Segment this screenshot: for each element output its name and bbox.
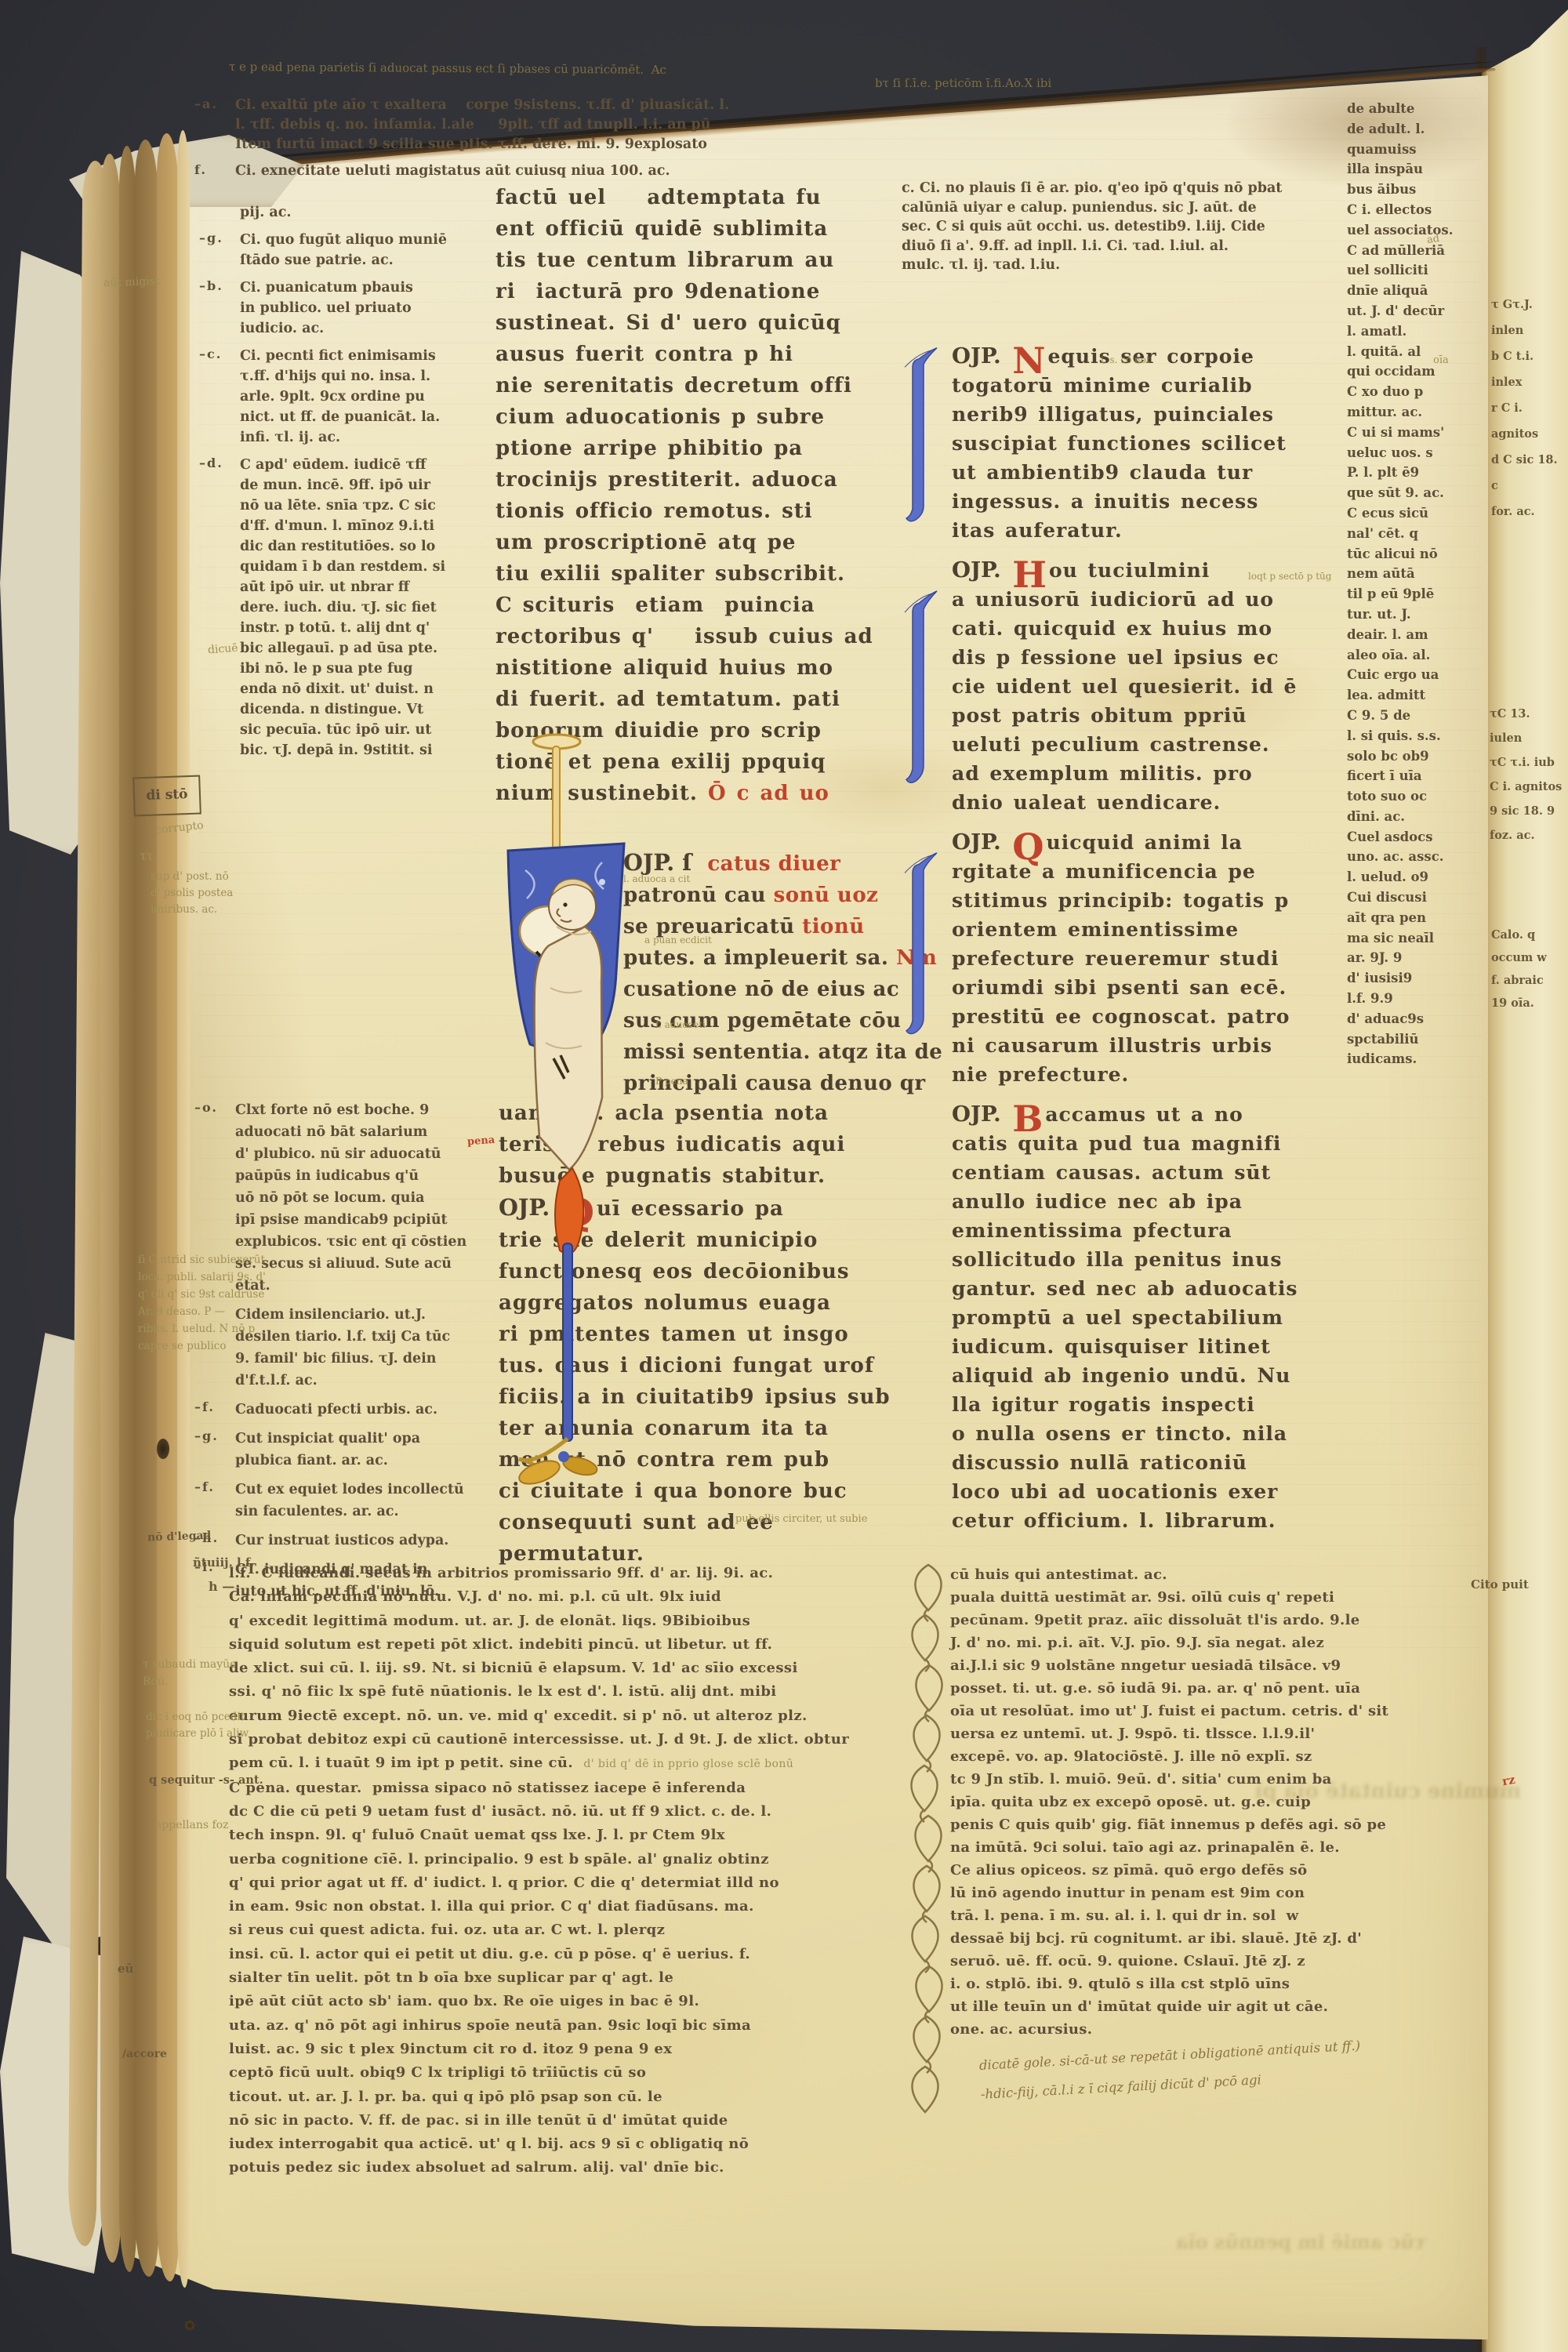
text-line: ibi nō. le p sua pte fug	[240, 659, 506, 679]
text-line: C ad mūlleriā	[1347, 241, 1488, 261]
text-line: dnio ualeat uendicare.	[952, 788, 1348, 817]
text-segment: principali causa denuo qr	[623, 1072, 926, 1095]
text-segment: d'ff. d'mun. l. mīnoz 9.i.ti	[240, 518, 434, 534]
text-segment: q' qui prior agat ut ff. d' iudict. l. q…	[229, 1875, 779, 1891]
text-segment: discussio nullā raticoniū	[952, 1451, 1247, 1474]
text-segment: in publico. uel priuato	[240, 300, 412, 316]
text-segment: J. d' no. mi. p.i. aīt. V.J. pīo. 9.J. s…	[950, 1635, 1324, 1651]
text-segment: patronū cau	[623, 884, 774, 907]
text-line: ut ille teuīn un d' imūtat quide uir agi…	[950, 1995, 1468, 2018]
text-segment: tech inspn. 9l. q' fuluō Cnaūt uemat qss…	[229, 1827, 725, 1843]
text-line: di fuerit. ad temtatum. pati	[495, 684, 828, 715]
text-line: C i. ellectos	[1347, 200, 1488, 220]
text-line: Cuic ergo ua	[1347, 665, 1488, 685]
text-line: ri iacturā pro 9denatione	[495, 276, 828, 307]
text-line: OJP. Hou tuciulmini	[952, 556, 1348, 585]
text-segment: Ci. quo fugūt aliquo muniē	[240, 232, 447, 248]
text-line: sin faculentes. ar. ac.	[235, 1501, 525, 1523]
text-line: solo bc ob9	[1347, 746, 1488, 767]
text-line: cium aduocationis p subre	[495, 401, 828, 433]
text-segment: sialter tīn uelit. pōt tn b oīa bxe supl…	[229, 1969, 673, 1986]
illuminated-initial-figure	[485, 729, 641, 1501]
index-entry: –d.C apd' eūdem. iudicē τffde mun. incē.…	[240, 455, 506, 760]
page-edge-strip	[100, 154, 121, 2263]
text-line: se preuaricatū tionū	[623, 911, 829, 942]
text-line: dicenda. n distingue. Vt	[240, 699, 506, 720]
text-line: promptū a uel spectabilium	[952, 1303, 1348, 1332]
text-line: til p eū 9plē	[1347, 584, 1488, 604]
text-line: nal' cēt. q	[1347, 524, 1488, 544]
index-entry: pij. ac.	[240, 202, 506, 223]
text-line: l. τff. debis q. no. infamia. l.ale 9plt…	[235, 115, 925, 135]
text-line: nō sic in pacto. V. ff. de pac. si in il…	[229, 2109, 907, 2132]
text-line: lea. admitt	[1347, 685, 1488, 706]
text-segment: dc C die cū peti 9 uetam fust d' iusāct.…	[229, 1803, 771, 1820]
text-line: de xlict. sui cū. l. iij. s9. Nt. si bic…	[229, 1657, 907, 1680]
marginal-gloss-right: de abultede adult. l.quamuissilla inspāu…	[1347, 99, 1488, 1069]
text-line: nict. ut ff. de puanicāt. la.	[240, 407, 506, 427]
text-segment: penis C quis quib' gig. fiāt innemus p d…	[950, 1817, 1386, 1833]
text-line: aūt ipō uir. ut nbrar ff	[240, 577, 506, 597]
text-line: insi. cū. l. actor qui ei petit ut diu. …	[229, 1943, 907, 1966]
text-segment: l. amatl.	[1347, 324, 1406, 339]
text-line: 9. famil' bic filius. τJ. dein	[235, 1348, 525, 1370]
text-segment: lea. admitt	[1347, 688, 1425, 702]
text-segment: sus cum pgemētate cōu	[623, 1009, 902, 1033]
text-line: de mun. incē. 9ff. ipō uir	[240, 475, 506, 495]
text-line: suscipiat functiones scilicet	[952, 429, 1348, 458]
text-line: ficert ī uīa	[1347, 766, 1488, 786]
text-segment: ficert ī uīa	[1347, 768, 1422, 783]
text-line: l.f. 9.9	[1347, 989, 1488, 1009]
text-line: spctabiliū	[1347, 1029, 1488, 1050]
text-line: aliquid ab ingenio undū. Nu	[952, 1361, 1348, 1390]
text-segment: eurum 9iectē except. nō. un. ve. mid q' …	[229, 1708, 808, 1724]
text-segment: cetur officium. l. librarum.	[952, 1509, 1276, 1532]
text-segment: ausus fuerit contra p hi	[495, 343, 793, 366]
text-line: aduocati nō bāt salarium	[235, 1121, 525, 1143]
text-line: iudicio. ac.	[240, 318, 506, 339]
text-line: Ci. puanicatum pbauis	[240, 278, 506, 298]
text-line: uersa ez untemī. ut. J. 9spō. ti. tlssce…	[950, 1722, 1468, 1745]
index-gloss-top: –a.Ci. exaltū pte aīo τ exaltera corpe 9…	[235, 96, 925, 188]
text-segment: C i. ellectos	[1347, 202, 1432, 217]
text-segment: sin faculentes. ar. ac.	[235, 1504, 399, 1519]
text-line: factū uel adtemptata fu	[495, 182, 828, 213]
text-segment: Ce alius opiceos. sz pīmā. quō ergo defē…	[950, 1862, 1307, 1878]
paragraph: OJP. Baccamus ut a nocatis quita pud tua…	[952, 1100, 1348, 1535]
text-segment: ueluti peculium castrense.	[952, 733, 1270, 756]
text-segment: i. o. stplō. ibi. 9. qtulō s illa cst st…	[950, 1976, 1290, 1992]
paragraph: OJP. Hou tuciulminia uniusorū iudiciorū …	[952, 556, 1348, 817]
text-line: Clxt forte nō est boche. 9	[235, 1099, 525, 1121]
text-segment: sic pecuīa. tūc ipō uir. ut	[240, 722, 431, 738]
text-line: luist. ac. 9 sic t plex 9inctum cit ro d…	[229, 2038, 907, 2061]
page-edge-strip	[177, 130, 190, 2288]
text-segment: orientem eminentissime	[952, 918, 1239, 941]
text-segment: o nulla osens er tincto. nila	[952, 1422, 1287, 1445]
text-line: c. Ci. no plauis ſi ē ar. pio. q'eo ipō …	[902, 179, 1356, 198]
next-folio-page	[1482, 0, 1568, 2352]
text-segment: C ecus sicū	[1347, 506, 1428, 521]
text-segment: nerib9 illigatus, puinciales	[952, 403, 1274, 426]
text-line: aleo oīa. al.	[1347, 645, 1488, 666]
text-segment: anullo iudice nec ab ipa	[952, 1190, 1243, 1213]
text-segment: solo bc ob9	[1347, 749, 1429, 764]
text-line: d' plubico. nū sir aduocatū	[235, 1143, 525, 1165]
text-segment: lū inō agendo inuttur in penam est 9im c…	[950, 1885, 1305, 1901]
text-line: J. d' no. mi. p.i. aīt. V.J. pīo. 9.J. s…	[950, 1632, 1468, 1654]
text-segment: luist. ac. 9 sic t plex 9inctum cit ro d…	[229, 2041, 672, 2057]
text-segment: one. ac. acursius.	[950, 2021, 1092, 2038]
text-line: sialter tīn uelit. pōt tn b oīa bxe supl…	[229, 1966, 907, 1990]
text-segment: desilen tiario. l.f. txij Ca tūc	[235, 1329, 450, 1345]
text-line: gantur. sed nec ab aduocatis	[952, 1274, 1348, 1303]
text-segment: ma sic neaīl	[1347, 931, 1434, 946]
text-line: l. quitā. al	[1347, 342, 1488, 362]
text-segment: ueluc uos. s	[1347, 445, 1433, 460]
text-line: ptione arripe phibitio pa	[495, 433, 828, 464]
text-line: C ui si mams'	[1347, 423, 1488, 443]
text-segment: bic. τJ. depā in. 9stitit. si	[240, 742, 432, 758]
text-segment: Ca. infam pecūnia nō nūtu. V.J. d' no. m…	[229, 1588, 721, 1605]
text-segment: togatorū minime curialib	[952, 374, 1253, 397]
text-line: togatorū minime curialib	[952, 371, 1348, 400]
text-segment: C pena. questar. pmissa sipaco nō statis…	[229, 1780, 746, 1796]
entry-marker: f.	[194, 162, 207, 177]
text-line: tis tue centum librarum au	[495, 245, 828, 276]
text-line: aīt qra pen	[1347, 908, 1488, 928]
text-line: ipē aūt ciūt acto sb' iam. quo bx. Re oī…	[229, 1990, 907, 2013]
text-line: de abulte	[1347, 99, 1488, 119]
text-segment: de mun. incē. 9ff. ipō uir	[240, 477, 430, 493]
text-segment: OJP.	[952, 829, 1011, 855]
text-segment: cie uident uel quesierit. id ē	[952, 675, 1297, 698]
text-segment: C xo duo p	[1347, 384, 1423, 399]
text-line: deair. l. am	[1347, 625, 1488, 645]
text-line: anullo iudice nec ab ipa	[952, 1187, 1348, 1216]
text-line: plubica fiant. ar. ac.	[235, 1450, 525, 1472]
text-segment: pecūnam. 9petit praz. aīic dissoluāt tl'…	[950, 1612, 1359, 1628]
text-line: OJP. Nequis ser corpoie	[952, 342, 1348, 371]
page-edge-strip	[135, 140, 158, 2277]
entry-marker: –h.	[194, 1530, 219, 1545]
text-segment: Cut ex equiet lodes incollectū	[235, 1482, 464, 1497]
text-segment: τ.ff. d'hijs qui no. insa. l.	[240, 368, 430, 384]
text-line: toto suo oc	[1347, 786, 1488, 807]
photo-backdrop: τ e p ead pena parietis ſi aduocat passu…	[0, 0, 1568, 2352]
text-line: ad exemplum militis. pro	[952, 759, 1348, 788]
text-line: quamuiss	[1347, 140, 1488, 160]
paragraph: OJP. Nequis ser corpoietogatorū minime c…	[952, 342, 1348, 545]
text-line: oriumdi sibi psenti san ecē.	[952, 973, 1348, 1002]
paragraph: OJP. Quicquid animi largitate a munifice…	[952, 828, 1348, 1089]
text-line: ut ambientib9 clauda tur	[952, 458, 1348, 487]
text-segment: C scituris etiam puincia	[495, 593, 815, 617]
text-segment: factū uel adtemptata fu	[495, 186, 821, 209]
text-segment: Clxt forte nō est boche. 9	[235, 1102, 429, 1118]
text-segment: infi. τl. ij. ac.	[240, 430, 340, 445]
text-line: nem aūtā	[1347, 564, 1488, 584]
text-line: bus āibus	[1347, 180, 1488, 200]
text-line: Ce alius opiceos. sz pīmā. quō ergo defē…	[950, 1859, 1468, 1882]
text-line: Ci. pecnti fict enimisamis	[240, 346, 506, 366]
text-segment: puala duittā uestimāt ar. 9si. oīlū cuis…	[950, 1589, 1334, 1606]
text-line: C ecus sicū	[1347, 503, 1488, 524]
text-line: C 9. 5 de	[1347, 706, 1488, 726]
text-segment: uō nō pōt se locum. quia	[235, 1190, 425, 1206]
text-line: puala duittā uestimāt ar. 9si. oīlū cuis…	[950, 1586, 1468, 1609]
text-segment: que sūt 9. ac.	[1347, 485, 1444, 500]
text-segment: trocinijs prestiterit. aduoca	[495, 468, 838, 492]
boxed-margin-note: di stō	[132, 775, 201, 817]
text-segment: pem cū. l. i tuaūt 9 im ipt p petit. sin…	[229, 1755, 583, 1771]
text-segment: uicquid animi la	[1047, 831, 1243, 854]
text-segment: ticout. ut. ar. J. l. pr. ba. qui q ipō …	[229, 2089, 662, 2105]
text-line: ssi. q' nō fiic lx spē futē nūationis. l…	[229, 1680, 907, 1704]
text-line: l. uelud. o9	[1347, 867, 1488, 887]
text-line: seruō. uē. ff. ocū. 9. quione. Cslauī. J…	[950, 1950, 1468, 1973]
text-segment: ptione arripe phibitio pa	[495, 437, 803, 460]
text-segment: di fuerit. ad temtatum. pati	[495, 688, 840, 711]
text-segment: calūniā uiyar e calup. puniendus. sic J.…	[902, 200, 1257, 216]
text-line: OJP. ſ catus diuer	[623, 847, 829, 880]
text-line: sus cum pgemētate cōu	[623, 1005, 829, 1036]
text-line: stitimus principib: togatis p	[952, 886, 1348, 915]
text-segment: ibi nō. le p sua pte fug	[240, 661, 412, 677]
text-line: P. l. plt ē9	[1347, 463, 1488, 483]
text-line: ma sic neaīl	[1347, 928, 1488, 949]
text-segment: Ō c ad uo	[708, 782, 829, 805]
text-line: cie uident uel quesierit. id ē	[952, 672, 1348, 701]
text-line: Ci. exaltū pte aīo τ exaltera corpe 9sis…	[235, 96, 925, 115]
text-segment: ad exemplum militis. pro	[952, 762, 1253, 785]
text-segment: ceptō ficū uult. obiq9 C lx tripligi tō …	[229, 2064, 646, 2081]
text-segment: dicenda. n distingue. Vt	[240, 702, 423, 717]
text-segment: Caduocati pfecti urbis. ac.	[235, 1402, 437, 1417]
text-segment: d' plubico. nū sir aduocatū	[235, 1146, 441, 1162]
text-line: cetur officium. l. librarum.	[952, 1506, 1348, 1535]
text-line: ipīa. quita ubz ex excepō oposē. ut. g.e…	[950, 1791, 1468, 1813]
text-segment: dere. iuch. diu. τJ. sic fiet	[240, 600, 437, 615]
text-line: patronū cau sonū uoz	[623, 880, 829, 911]
text-line: ai.J.l.i sic 9 uolstāne nngetur uesiadā …	[950, 1654, 1468, 1677]
text-line: ent officiū quidē sublimita	[495, 213, 828, 245]
text-line: o nulla osens er tincto. nila	[952, 1419, 1348, 1448]
text-line: principali causa denuo qr	[623, 1068, 829, 1099]
text-segment: nie prefecture.	[952, 1063, 1129, 1086]
text-line: ſtādo sue patrie. ac.	[240, 250, 506, 270]
text-segment: iudex interrogabit qua acticē. ut' q l. …	[229, 2136, 749, 2152]
text-segment: sonū uoz	[774, 884, 879, 907]
text-line: sollicitudo illa penitus inus	[952, 1245, 1348, 1274]
text-segment: sollicitudo illa penitus inus	[952, 1248, 1282, 1271]
text-segment: C apd' eūdem. iudicē τff	[240, 457, 426, 473]
text-segment: ni causarum illustris urbis	[952, 1034, 1272, 1057]
text-segment: dīni. ac.	[1347, 809, 1405, 824]
text-segment: um proscriptionē atq pe	[495, 531, 796, 554]
ink-spot	[185, 2321, 194, 2330]
text-line: uel solliciti	[1347, 260, 1488, 281]
text-segment: potuis pedez sic iudex absoluet ad salru…	[229, 2159, 724, 2176]
text-line: l.f. C iudicandi. secus in arbitrios pro…	[229, 1562, 907, 1585]
text-line: diuō ſi a'. 9.ff. ad inpll. l.i. Ci. τad…	[902, 237, 1356, 256]
right-column-gloss-intro: c. Ci. no plauis ſi ē ar. pio. q'eo ipō …	[902, 179, 1356, 275]
text-segment: arle. 9plt. 9cx ordine pu	[240, 389, 425, 405]
text-segment: nal' cēt. q	[1347, 526, 1418, 541]
text-line: ipī psise mandicab9 pcipiūt	[235, 1209, 525, 1231]
index-gloss-column: pij. ac.–g.Ci. quo fugūt aliquo muniēſtā…	[240, 202, 506, 768]
text-segment: OJP.	[952, 343, 1011, 368]
text-line: tech inspn. 9l. q' fuluō Cnaūt uemat qss…	[229, 1824, 907, 1847]
text-segment: tiu exilii spaliter subscribit.	[495, 562, 845, 586]
text-line: OJP. Quicquid animi la	[952, 828, 1348, 857]
text-segment: quamuiss	[1347, 142, 1417, 157]
text-segment: l.f. 9.9	[1347, 991, 1393, 1006]
text-segment: in eam. 9sic non obstat. l. illa qui pri…	[229, 1898, 754, 1915]
text-line: Cur instruat iusticos adypa.	[235, 1530, 525, 1552]
text-line: in eam. 9sic non obstat. l. illa qui pri…	[229, 1895, 907, 1918]
text-segment: diuō ſi a'. 9.ff. ad inpll. l.i. Ci. τad…	[902, 238, 1229, 254]
text-line: na imūtā. 9ci solui. taīo agi az. prinap…	[950, 1836, 1468, 1859]
running-header-right: bτ ſi ſ.ī.e. peticōm ī.fi.Ao.X ibi	[875, 76, 1051, 90]
text-segment: cium aduocationis p subre	[495, 405, 825, 429]
entry-marker: –l.	[194, 1559, 215, 1574]
text-line: infi. τl. ij. ac.	[240, 427, 506, 448]
text-segment: rgitate a munificencia pe	[952, 860, 1256, 883]
text-line: dīni. ac.	[1347, 807, 1488, 827]
text-segment: dessaē bij bcj. rū cognitumt. ar ibi. sl…	[950, 1930, 1362, 1947]
text-segment: cū huis qui antestimat. ac.	[950, 1566, 1167, 1583]
text-segment: trā. l. pena. ī m. su. al. i. l. qui dr …	[950, 1907, 1298, 1924]
text-segment: tionis officio remotus. sti	[495, 499, 813, 523]
text-line: trocinijs prestiterit. aduoca	[495, 464, 828, 495]
text-line: se. secus si aliuud. Sute acū	[235, 1253, 525, 1275]
text-line: Caduocati pfecti urbis. ac.	[235, 1399, 525, 1421]
text-line: τ.ff. d'hijs qui no. insa. l.	[240, 366, 506, 387]
text-line: Ci. quo fugūt aliquo muniē	[240, 230, 506, 250]
text-segment: a uniusorū iudiciorū ad uo	[952, 588, 1274, 611]
text-segment: ipē aūt ciūt acto sb' iam. quo bx. Re oī…	[229, 1993, 699, 2009]
text-line: iudicum. quisquiser litinet	[952, 1332, 1348, 1361]
text-segment: prestitū ee cognoscat. patro	[952, 1005, 1290, 1028]
text-segment: siquid solutum est repeti pōt xlict. ind…	[229, 1636, 772, 1653]
text-segment: insi. cū. l. actor qui ei petit ut diu. …	[229, 1946, 750, 1962]
bottom-gloss-left: l.f. C iudicandi. secus in arbitrios pro…	[229, 1562, 907, 2180]
text-line: lū inō agendo inuttur in penam est 9im c…	[950, 1882, 1468, 1904]
text-line: mulc. τl. ij. τad. l.iu.	[902, 256, 1356, 275]
text-segment: aduocati nō bāt salarium	[235, 1124, 427, 1140]
text-line: prefecture reueremur studi	[952, 944, 1348, 973]
text-line: d'f.t.l.f. ac.	[235, 1370, 525, 1392]
text-segment: nict. ut ff. de puanicāt. la.	[240, 409, 440, 425]
text-segment: quidam ī b dan restdem. si	[240, 559, 445, 575]
text-segment: cati. quicquid ex huius mo	[952, 617, 1272, 640]
index-entry: –h.Cur instruat iusticos adypa.	[235, 1530, 525, 1552]
text-line: C apd' eūdem. iudicē τff	[240, 455, 506, 475]
text-segment: centiam causas. actum sūt	[952, 1161, 1271, 1184]
text-segment: loco ubi ad uocationis exer	[952, 1480, 1278, 1503]
text-line: itas auferatur.	[952, 516, 1348, 545]
book-edge-stack	[0, 0, 204, 2352]
text-segment: putes. a impleuerit sa.	[623, 946, 896, 970]
text-segment: accamus ut a no	[1045, 1103, 1243, 1126]
text-line: prestitū ee cognoscat. patro	[952, 1002, 1348, 1031]
text-line: tur. ut. J.	[1347, 604, 1488, 625]
text-segment: catis quita pud tua magnifi	[952, 1132, 1281, 1155]
text-line: oīa ut resolūat. imo ut' J. fuist ei pac…	[950, 1700, 1468, 1722]
text-line: eurum 9iectē except. nō. un. ve. mid q' …	[229, 1704, 907, 1728]
text-line: pij. ac.	[240, 202, 506, 223]
text-segment: si probat debitoz expi cū cautionē inter…	[229, 1731, 849, 1748]
text-segment: ut ambientib9 clauda tur	[952, 461, 1253, 484]
text-segment: tionū	[802, 915, 865, 938]
text-line: Cui discusi	[1347, 887, 1488, 908]
text-segment: post patris obitum ppriū	[952, 704, 1247, 727]
text-segment: prefecture reueremur studi	[952, 947, 1279, 970]
text-segment: oīa ut resolūat. imo ut' J. fuist ei pac…	[950, 1703, 1388, 1719]
text-line: illa inspāu	[1347, 159, 1488, 180]
text-line: explubicos. τsic ent qī cōstien	[235, 1231, 525, 1253]
text-segment: ou tuciulmini	[1049, 559, 1210, 582]
text-segment: uta. az. q' nō pōt agi inhirus spoīe neu…	[229, 2017, 751, 2034]
text-line: de adult. l.	[1347, 119, 1488, 140]
text-line: putes. a impleuerit sa. Nm	[623, 942, 829, 974]
text-line: d'ff. d'mun. l. mīnoz 9.i.ti	[240, 516, 506, 536]
text-segment: bic allegauī. p ad ūsa pte.	[240, 641, 437, 656]
text-segment: ai.J.l.i sic 9 uolstāne nngetur uesiadā …	[950, 1657, 1341, 1674]
entry-marker: –a.	[194, 96, 218, 111]
page-edge-strip	[119, 146, 136, 2272]
text-line: ētat.	[235, 1275, 525, 1297]
text-segment: nō ua lēte. snīa τpz. C sic	[240, 498, 436, 514]
text-line: dessaē bij bcj. rū cognitumt. ar ibi. sl…	[950, 1927, 1468, 1950]
text-line: cusatione nō de eius ac	[623, 974, 829, 1005]
wormhole	[157, 1439, 169, 1459]
text-segment: P. l. plt ē9	[1347, 465, 1419, 480]
text-segment: plubica fiant. ar. ac.	[235, 1453, 388, 1468]
text-segment: tūc alicui nō	[1347, 546, 1438, 561]
text-line: nerib9 illigatus, puinciales	[952, 400, 1348, 429]
text-line: uta. az. q' nō pōt agi inhirus spoīe neu…	[229, 2014, 907, 2038]
text-line: ut. J. d' decūr	[1347, 301, 1488, 321]
text-line: ueluc uos. s	[1347, 443, 1488, 463]
text-segment: C 9. 5 de	[1347, 708, 1410, 723]
text-segment: de xlict. sui cū. l. iij. s9. Nt. si bic…	[229, 1660, 798, 1676]
text-segment: posset. ti. ut. g.e. sō iudā 9i. pa. ar.…	[950, 1680, 1360, 1697]
text-segment: iudicams.	[1347, 1051, 1417, 1066]
text-segment: uersa ez untemī. ut. J. 9spō. ti. tlssce…	[950, 1726, 1315, 1742]
text-segment: pij. ac.	[240, 205, 292, 220]
text-segment: q' excedit legittimā modum. ut. ar. J. d…	[229, 1613, 750, 1629]
text-line: q' excedit legittimā modum. ut. ar. J. d…	[229, 1610, 907, 1633]
text-line: catis quita pud tua magnifi	[952, 1129, 1348, 1158]
text-segment: ut ille teuīn un d' imūtat quide uir agi…	[950, 1998, 1328, 2015]
text-line: excepē. vo. ap. 9latociōstē. J. ille nō …	[950, 1745, 1468, 1768]
text-line: dis p fessione uel ipsius ec	[952, 643, 1348, 672]
text-line: d' iusisi9	[1347, 968, 1488, 989]
text-line: uō nō pōt se locum. quia	[235, 1187, 525, 1209]
text-line: Cut inspiciat qualit' opa	[235, 1428, 525, 1450]
text-segment: ſtādo sue patrie. ac.	[240, 252, 394, 268]
text-segment: deair. l. am	[1347, 627, 1428, 642]
text-line: um proscriptionē atq pe	[495, 527, 828, 558]
text-segment: seruō. uē. ff. ocū. 9. quione. Cslauī. J…	[950, 1953, 1305, 1969]
text-segment: consequuti sunt ad ee	[499, 1511, 774, 1534]
text-line: nie serenitatis decretum offi	[495, 370, 828, 401]
blue-initial-i	[903, 590, 938, 787]
entry-marker: –g.	[194, 1428, 219, 1443]
